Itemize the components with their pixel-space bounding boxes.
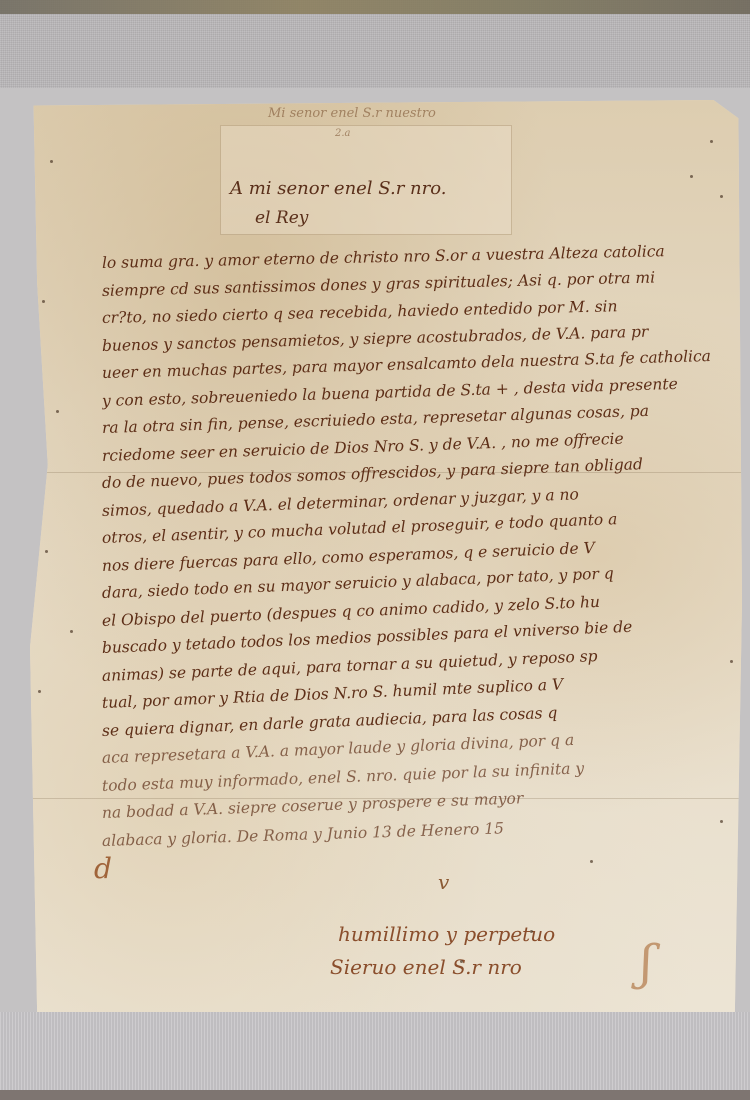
frame-bottom-edge — [0, 1090, 750, 1100]
closing-line-1: humillimo y perpetuo — [338, 922, 555, 946]
margin-mark-d: d — [94, 852, 112, 885]
address-line-1: A mi senor enel S.r nro. — [230, 178, 446, 199]
letter-body: lo suma gra. y amor eterno de christo nr… — [102, 250, 742, 855]
outer-address-sub: 2.a — [335, 128, 351, 139]
fabric-mount-bottom — [0, 1012, 750, 1092]
margin-mark-v: v — [438, 870, 449, 894]
signature-flourish: ʃ — [640, 935, 653, 991]
outer-address: Mi senor enel S.r nuestro — [268, 106, 436, 121]
closing-line-2: Sieruo enel S.r nro — [330, 955, 522, 979]
address-line-2: el Rey — [255, 208, 308, 228]
frame-top-edge — [0, 0, 750, 14]
letter-paper: Mi senor enel S.r nuestro 2.a A mi senor… — [30, 100, 742, 1012]
